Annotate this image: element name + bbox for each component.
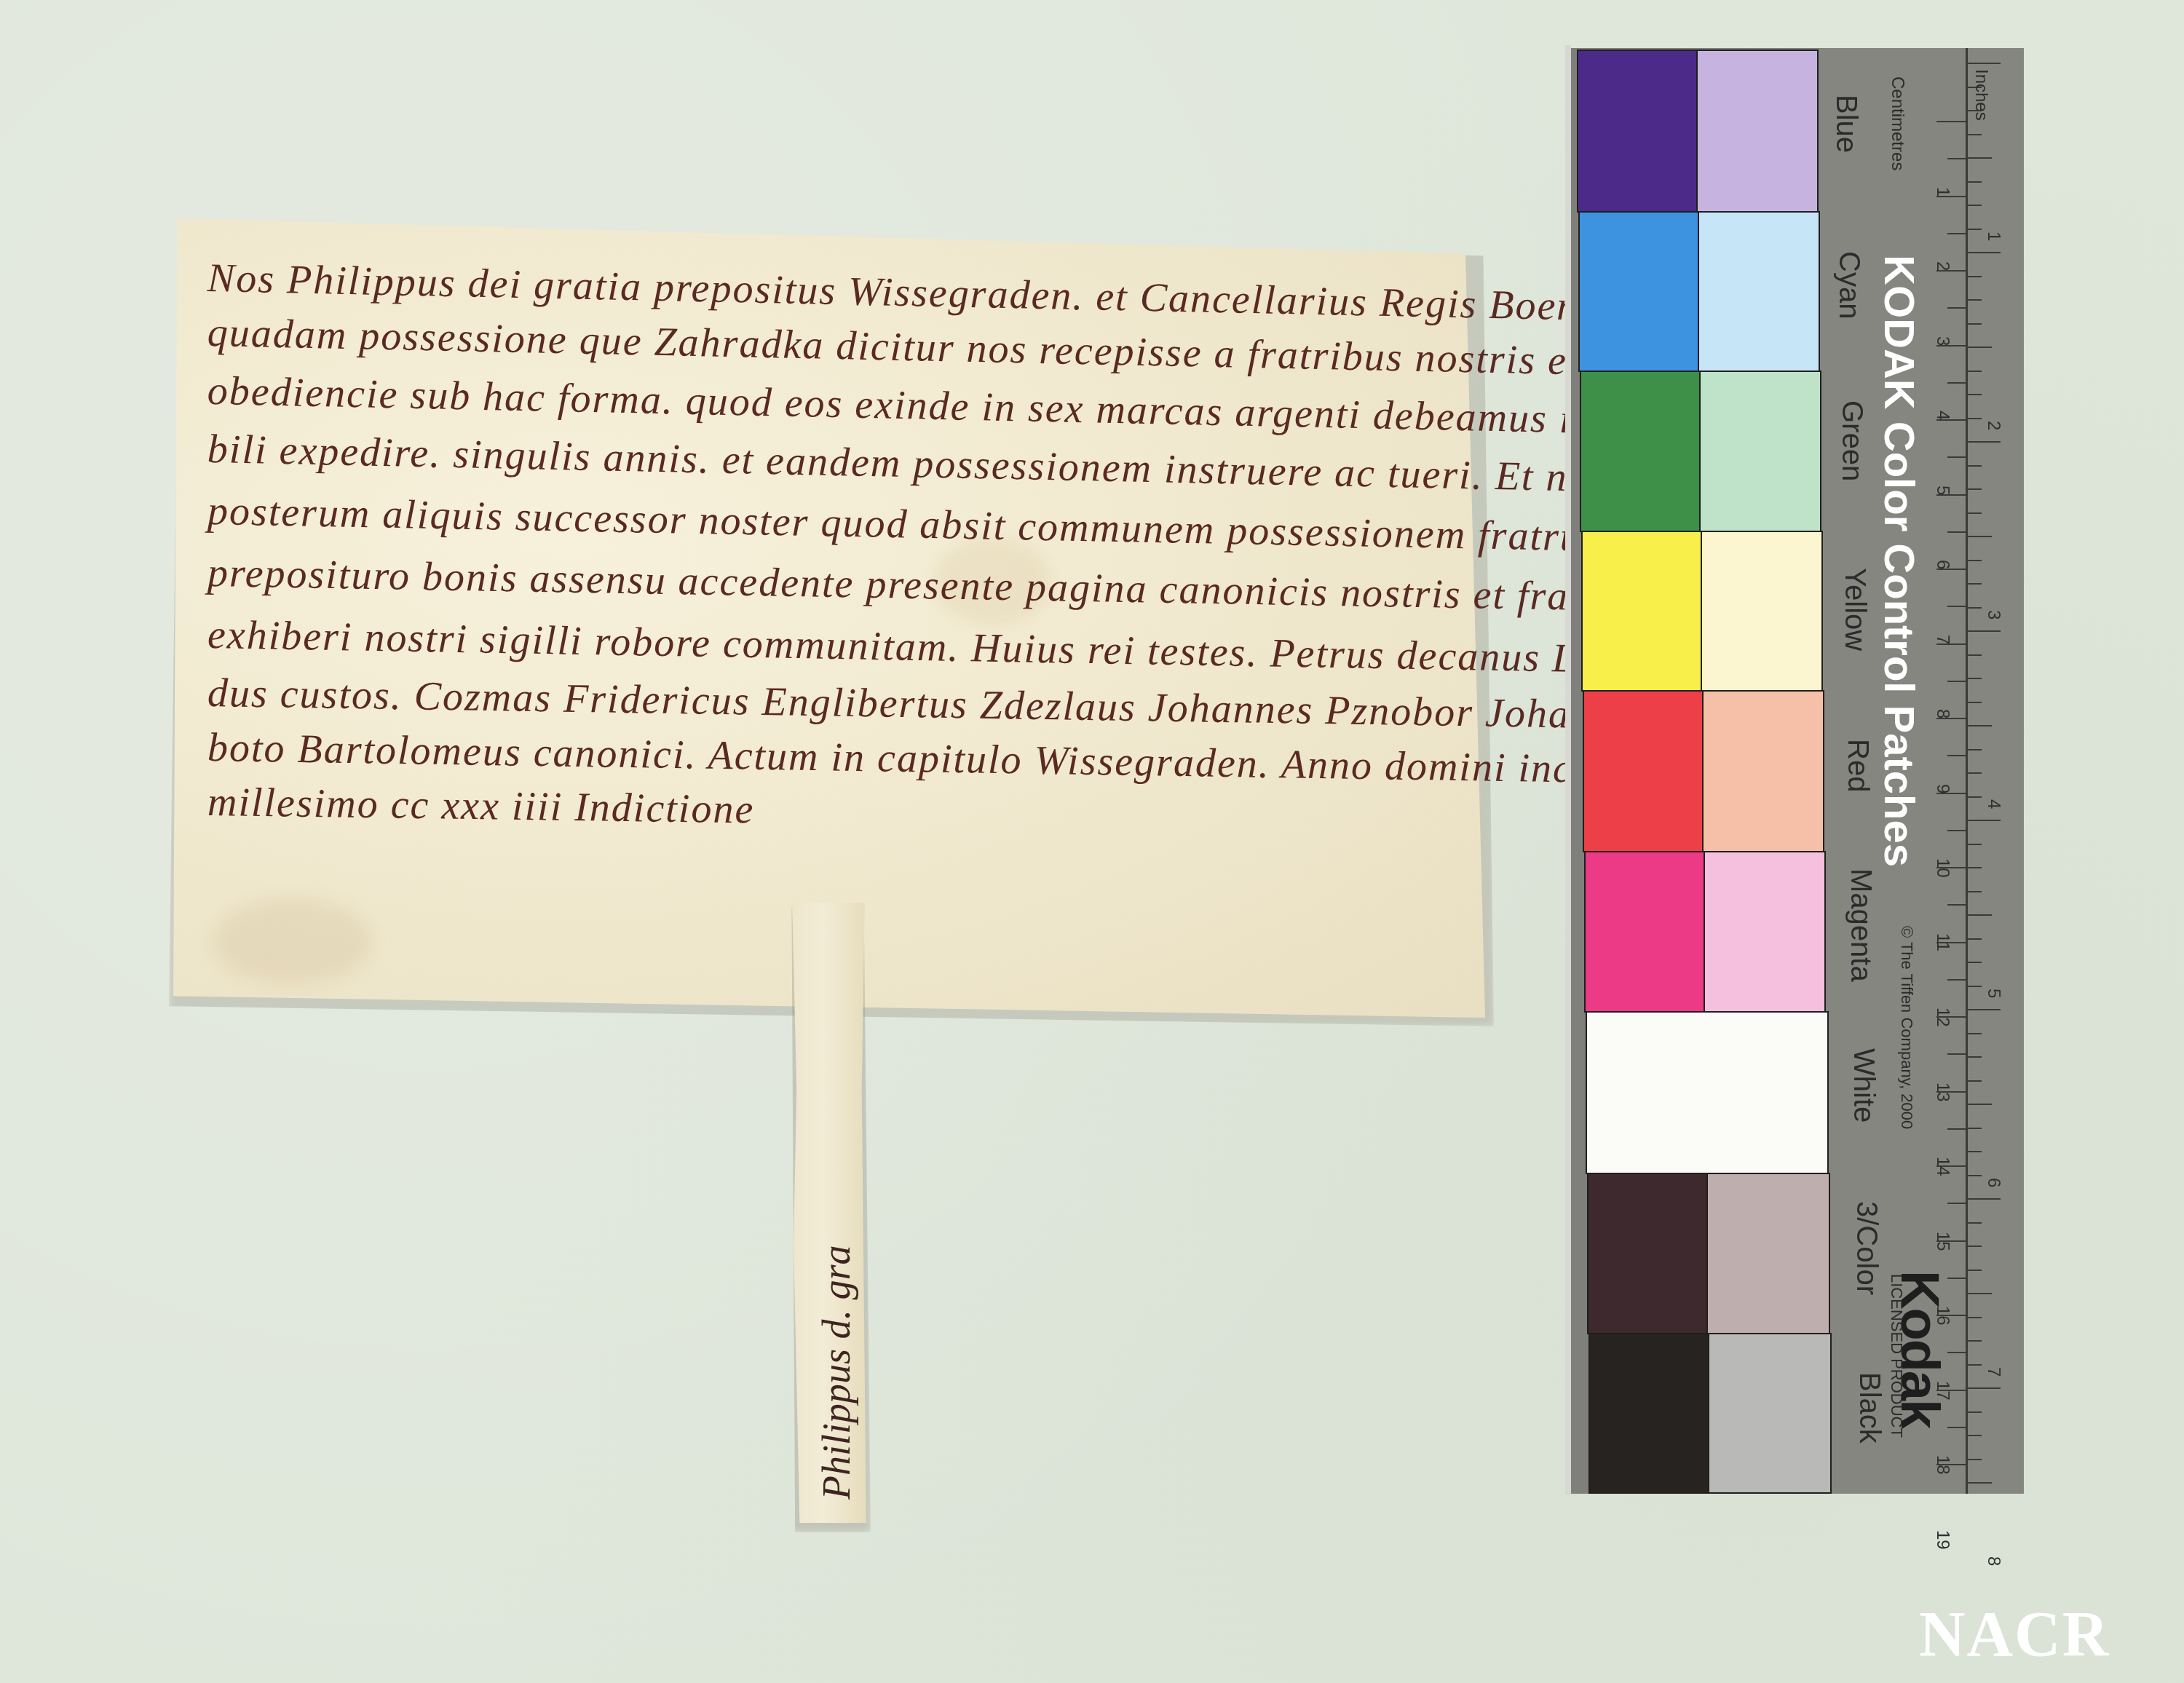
inch-tick: [1966, 1364, 1982, 1366]
stain: [213, 898, 373, 985]
inch-number: 7: [1983, 1367, 2003, 1377]
inch-tick: [1966, 1387, 2001, 1389]
cm-number: 1: [1932, 187, 1952, 197]
cm-tick: [1947, 606, 1967, 607]
inch-tick: [1966, 63, 2001, 64]
cm-number: 19: [1932, 1530, 1952, 1550]
inch-number: 5: [1983, 989, 2003, 998]
patch-magenta-light: [1704, 851, 1826, 1013]
patch-red-light: [1702, 690, 1824, 852]
inch-tick: [1966, 134, 1982, 135]
cm-number: 10: [1932, 858, 1952, 878]
inch-tick: [1966, 749, 1982, 751]
inch-tick: [1966, 938, 1982, 940]
inch-tick: [1966, 1033, 1982, 1034]
inch-number: 4: [1983, 799, 2003, 809]
licensed-product-text: LICENSED PRODUCT: [1887, 1274, 1906, 1438]
patch-yellow-light: [1701, 531, 1823, 692]
centimetres-label: Centimetres: [1887, 76, 1907, 170]
patch-yellow-dark: [1581, 531, 1702, 692]
label-green: Green: [1835, 400, 1868, 481]
cm-tick: [1947, 681, 1967, 682]
charter-line-10: millesimo cc xxx iiii Indictione: [207, 779, 755, 833]
patch-cyan-light: [1698, 211, 1820, 372]
inch-tick: [1966, 181, 1982, 183]
cm-number: 2: [1932, 261, 1952, 271]
cm-number: 5: [1932, 486, 1952, 495]
label-cyan: Cyan: [1832, 251, 1865, 319]
inch-tick: [1966, 299, 1982, 301]
inch-tick: [1966, 772, 1982, 774]
inch-tick: [1966, 1435, 1982, 1436]
inch-tick: [1966, 1293, 1992, 1294]
inch-tick: [1966, 1270, 1982, 1271]
inch-tick: [1966, 891, 1982, 892]
inch-number: 2: [1983, 421, 2003, 430]
patch-green-light: [1699, 371, 1821, 532]
inch-tick: [1966, 536, 1992, 537]
patch-black-dark: [1588, 1333, 1709, 1494]
cm-number: 14: [1932, 1157, 1952, 1176]
cm-tick: [1947, 158, 1967, 159]
inch-tick: [1966, 1459, 1982, 1460]
label-3color: 3/Color: [1850, 1201, 1883, 1295]
patch-magenta-dark: [1584, 851, 1705, 1013]
inch-tick: [1966, 914, 1992, 916]
inch-tick: [1966, 1246, 1982, 1247]
inch-tick: [1966, 1104, 1992, 1105]
inch-tick: [1966, 346, 1992, 348]
inch-tick: [1966, 630, 2001, 632]
patch-3color-light: [1706, 1173, 1830, 1334]
patch-cyan-dark: [1578, 211, 1699, 372]
label-black: Black: [1853, 1372, 1886, 1444]
inch-tick: [1966, 1080, 1982, 1082]
inch-tick: [1966, 1317, 1982, 1318]
inch-tick: [1966, 1222, 1982, 1224]
inch-tick: [1966, 371, 1982, 372]
inch-number: 6: [1983, 1178, 2003, 1187]
inch-tick: [1966, 465, 1982, 467]
label-red: Red: [1841, 739, 1874, 792]
inch-tick: [1966, 1175, 1982, 1176]
inch-tick: [1966, 157, 1992, 159]
nacr-watermark: NACR: [1919, 1598, 2110, 1671]
patch-blue-dark: [1577, 49, 1698, 213]
cm-tick: [1947, 1128, 1967, 1130]
inch-tick: [1966, 394, 1982, 395]
cm-tick: [1947, 979, 1967, 981]
inch-tick: [1966, 276, 1982, 277]
tag-inscription: Philippus d. gra: [814, 1245, 859, 1500]
patch-red-dark: [1583, 690, 1704, 852]
cm-tick: [1947, 1053, 1967, 1055]
inch-tick: [1966, 583, 1982, 585]
inch-tick: [1966, 725, 1992, 726]
cm-tick: [1947, 904, 1967, 906]
copyright-text: © The Tiffen Company, 2000: [1897, 926, 1916, 1129]
inch-tick: [1966, 323, 1982, 325]
label-blue: Blue: [1829, 95, 1862, 153]
cm-tick: [1947, 531, 1967, 533]
inches-label: Inches: [1971, 69, 1991, 121]
cm-number: 4: [1932, 411, 1952, 420]
cm-number: 15: [1932, 1232, 1952, 1251]
inch-tick: [1966, 560, 1982, 561]
inch-tick: [1966, 1198, 2001, 1200]
cm-number: 6: [1932, 560, 1952, 569]
patch-green-dark: [1580, 371, 1701, 532]
label-white: White: [1847, 1048, 1880, 1122]
inch-tick: [1966, 986, 1982, 987]
inch-tick: [1966, 678, 1982, 679]
inch-tick: [1966, 867, 1982, 868]
cm-number: 12: [1932, 1007, 1952, 1027]
cm-tick: [1947, 1203, 1967, 1204]
card-edge: [1565, 45, 1571, 1495]
inch-tick: [1966, 512, 1982, 514]
inch-tick: [1966, 702, 1982, 703]
inch-tick: [1966, 1340, 1982, 1342]
cm-number: 13: [1932, 1082, 1952, 1102]
inch-tick: [1966, 1151, 1982, 1152]
inch-tick: [1966, 654, 1982, 656]
inch-tick: [1966, 229, 1982, 230]
label-magenta: Magenta: [1844, 868, 1877, 982]
inch-number: 3: [1983, 610, 2003, 619]
cm-number: 11: [1932, 933, 1952, 951]
patch-white: [1586, 1011, 1829, 1174]
inch-number: 8: [1983, 1556, 2003, 1566]
cm-tick: [1947, 382, 1967, 384]
inch-tick: [1966, 1128, 1982, 1129]
cm-tick: [1947, 307, 1967, 309]
cm-tick: [1947, 755, 1967, 756]
cm-number: 7: [1932, 635, 1952, 644]
cm-number: 8: [1932, 709, 1952, 718]
inch-tick: [1966, 1056, 1982, 1058]
cm-number: 9: [1932, 784, 1952, 793]
cm-tick: [1936, 121, 1967, 122]
patch-3color-dark: [1587, 1173, 1708, 1334]
inch-tick: [1966, 962, 1982, 963]
cm-tick: [1947, 233, 1967, 234]
card-title: KODAK Color Control Patches: [1875, 255, 1923, 867]
inch-tick: [1966, 252, 2001, 253]
inch-tick: [1966, 1009, 2001, 1010]
cm-tick: [1947, 456, 1967, 458]
label-yellow: Yellow: [1838, 568, 1871, 651]
cm-number: 3: [1932, 336, 1952, 346]
inch-tick: [1966, 488, 1982, 490]
cm-number: 18: [1932, 1455, 1952, 1475]
inch-tick: [1966, 796, 1982, 798]
inch-number: 1: [1983, 231, 2003, 241]
cm-number: 17: [1932, 1381, 1952, 1401]
inch-tick: [1966, 1482, 1992, 1484]
inch-tick: [1966, 607, 1982, 609]
inch-tick: [1966, 1411, 1982, 1413]
patch-black-light: [1708, 1333, 1832, 1494]
cm-tick: [1947, 830, 1967, 831]
inch-tick: [1966, 844, 1982, 845]
inch-tick: [1966, 205, 1982, 206]
inch-tick: [1966, 820, 2001, 821]
inch-tick: [1966, 441, 2001, 443]
inch-tick: [1966, 418, 1982, 419]
cm-number: 16: [1932, 1306, 1952, 1326]
patch-blue-light: [1696, 49, 1819, 213]
